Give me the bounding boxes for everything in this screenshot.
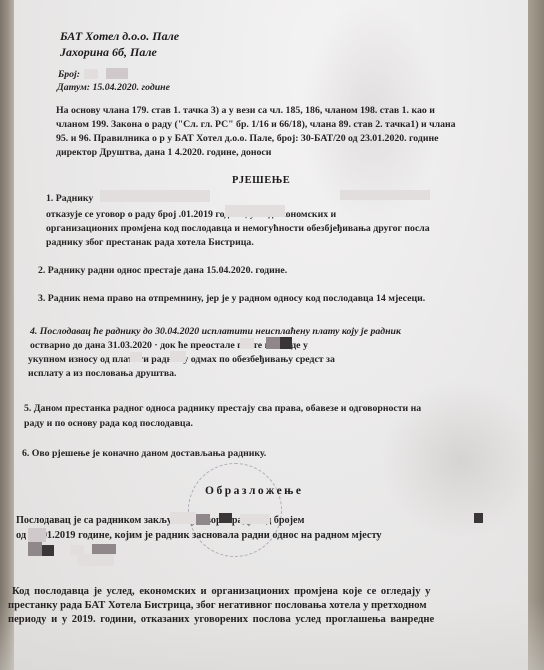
redacted-block bbox=[266, 337, 280, 349]
redacted-block bbox=[280, 337, 292, 349]
redacted-block bbox=[84, 69, 98, 79]
reasoning-line: од 21.01.2019 године, којим је радник за… bbox=[16, 528, 382, 543]
redacted-block bbox=[170, 351, 186, 362]
company-address: Јахорина 6б, Пале bbox=[60, 45, 157, 60]
item-2-line: 2. Раднику радни однос престаје дана 15.… bbox=[38, 263, 287, 278]
item-4-line: 4. Послодавац ће раднику до 30.04.2020 и… bbox=[30, 324, 401, 339]
item-5-line: раду и по основу рада код послодавца. bbox=[24, 416, 193, 431]
document-date: Датум: 15.04.2020. године bbox=[57, 80, 170, 95]
item-4-line: исплату а из пословања друштва. bbox=[28, 366, 176, 381]
reasoning-line: периоду и у 2019. години, отказаних угов… bbox=[8, 612, 434, 627]
reasoning-line: престанку рада БАТ Хотела Бистрица, због… bbox=[8, 598, 427, 613]
redacted-block bbox=[28, 542, 42, 556]
redacted-block bbox=[78, 554, 114, 566]
redacted-block bbox=[42, 545, 54, 556]
item-6-line: 6. Ово рјешење је коначно даном доставља… bbox=[22, 446, 266, 461]
preamble-line: 95. и 96. Правилника о р у БАТ Хотел д.о… bbox=[56, 131, 438, 146]
redacted-block bbox=[170, 512, 196, 524]
item-1-line: отказује се уговор о раду број .01.2019 … bbox=[46, 207, 336, 222]
redacted-block bbox=[106, 68, 128, 79]
reasoning-title: Образложење bbox=[205, 484, 303, 499]
reasoning-line: Код послодавца је услед, економских и ор… bbox=[12, 584, 430, 599]
item-3-line: 3. Радник нема право на отпремнину, јер … bbox=[38, 291, 425, 306]
company-name: БАТ Хотел д.о.о. Пале bbox=[60, 29, 179, 44]
preamble-line: директор Друштва, дана 1 4.2020. године,… bbox=[56, 145, 271, 160]
item-1-line: 1. Раднику bbox=[46, 191, 93, 206]
redacted-block bbox=[28, 528, 46, 542]
preamble-line: чланом 199. Закона о раду ("Сл. гл. РС" … bbox=[56, 117, 456, 132]
preamble-line: На основу члана 179. став 1. тачка 3) а … bbox=[56, 103, 435, 118]
item-1-line: организационих промјена код послодавца и… bbox=[46, 221, 430, 236]
redacted-block bbox=[340, 190, 430, 200]
redacted-block bbox=[225, 205, 285, 217]
redacted-block bbox=[92, 544, 116, 554]
item-5-line: 5. Даном престанка радног односа раднику… bbox=[24, 401, 421, 416]
redacted-block bbox=[100, 190, 210, 202]
item-1-line: раднику због престанак рада хотела Бистр… bbox=[46, 235, 254, 250]
redacted-block bbox=[474, 513, 483, 523]
decision-title: РЈЕШЕЊЕ bbox=[232, 173, 290, 188]
redacted-block bbox=[130, 352, 142, 362]
redacted-block bbox=[219, 513, 232, 523]
redacted-block bbox=[240, 514, 270, 524]
redacted-block bbox=[196, 514, 210, 525]
redacted-block bbox=[240, 338, 254, 349]
